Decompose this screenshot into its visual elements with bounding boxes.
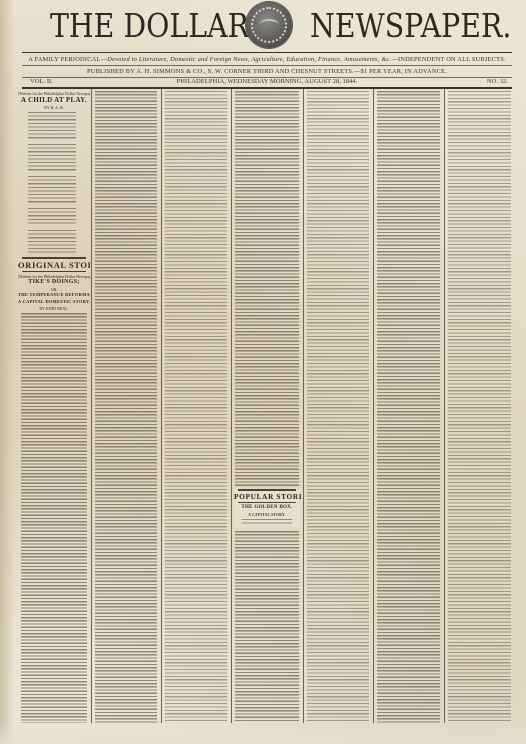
story-title: TIKE'S DOINGS; [18, 279, 90, 285]
column-5 [304, 89, 372, 723]
page-edge-shadow [0, 0, 14, 744]
story-subtitle: THE TEMPERANCE REFORMATION. [18, 292, 90, 297]
eagle-icon [259, 19, 279, 31]
poem-byline: BY H. A. B. [18, 105, 90, 110]
section-divider [22, 257, 86, 259]
article-body-text [235, 531, 299, 723]
masthead: THE DOLLAR NEWSPAPER. [22, 0, 512, 52]
page-bottom-margin [0, 724, 526, 744]
tagline-rule [22, 65, 512, 66]
poem-title: A CHILD AT PLAY. [18, 96, 90, 104]
column-2 [92, 89, 160, 723]
poem-stanza [28, 144, 76, 172]
issue-date: PHILADELPHIA, WEDNESDAY MORNING, AUGUST … [22, 78, 512, 85]
column-6 [374, 89, 443, 723]
masthead-rule [22, 52, 512, 53]
section-divider [22, 271, 86, 272]
coin-seal-icon [246, 2, 292, 48]
article-body-text [95, 91, 157, 723]
column-4: POPULAR STORIES. THE GOLDEN BOX. A CAPIT… [232, 89, 302, 723]
section-heading-popular-stories: POPULAR STORIES. [234, 492, 300, 501]
article-body-text [377, 91, 440, 723]
tagline-end: —INDEPENDENT ON ALL SUBJECTS. [391, 56, 505, 63]
column-1: [Written for the Philadelphia Dollar New… [18, 89, 90, 723]
story-byline-lines [242, 519, 292, 526]
article-body-text [21, 313, 87, 723]
issue-number: NO. 32. [487, 78, 508, 85]
masthead-title-left: THE DOLLAR [50, 8, 249, 44]
masthead-title-right: NEWSPAPER. [310, 8, 511, 44]
article-body-text [448, 91, 511, 723]
poem-stanza [28, 208, 76, 226]
article-columns: [Written for the Philadelphia Dollar New… [18, 89, 514, 723]
story-title: THE GOLDEN BOX. [234, 505, 300, 510]
section-divider [238, 489, 296, 491]
poem-stanza [28, 230, 76, 254]
story-kind: A CAPITAL STORY. [234, 513, 300, 517]
story-kind: A CAPITAL DOMESTIC STORY. [18, 299, 90, 304]
section-divider [238, 502, 296, 503]
article-body-text [165, 91, 227, 723]
article-body-text [307, 91, 369, 723]
tagline-start: A FAMILY PERIODICAL— [28, 56, 107, 63]
tagline-middle: Devoted to Literature, Domestic and Fore… [107, 56, 391, 63]
story-byline: BY JOHN NEAL. [18, 306, 90, 311]
tagline: A FAMILY PERIODICAL—Devoted to Literatur… [22, 56, 512, 63]
poem-stanza [28, 176, 76, 204]
poem-stanza [28, 112, 76, 140]
newspaper-page: THE DOLLAR NEWSPAPER. A FAMILY PERIODICA… [0, 0, 526, 744]
popular-stories-header: POPULAR STORIES. THE GOLDEN BOX. A CAPIT… [234, 489, 300, 527]
section-heading-original-stories: ORIGINAL STORIES. [18, 260, 90, 270]
article-body-text [235, 91, 299, 487]
column-3 [162, 89, 230, 723]
column-7 [445, 89, 514, 723]
publisher-line: PUBLISHED BY A. H. SIMMONS & CO., S. W. … [22, 68, 512, 75]
